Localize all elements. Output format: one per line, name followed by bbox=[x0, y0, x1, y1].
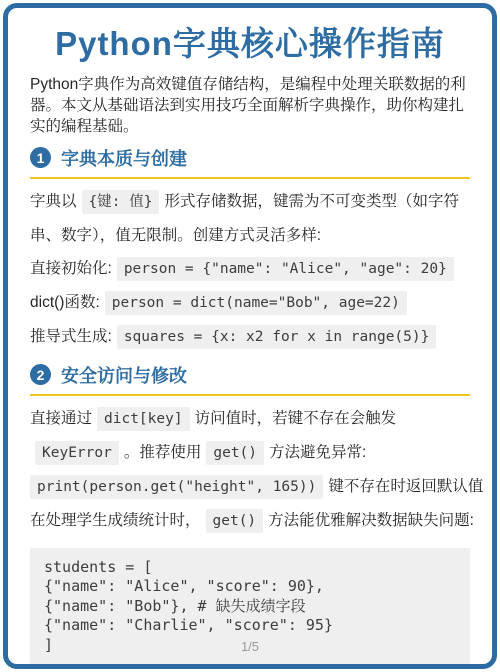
section2-title: 安全访问与修改 bbox=[61, 362, 187, 388]
inline-code-get-1: get() bbox=[206, 441, 264, 465]
code-line: students = [ bbox=[44, 558, 456, 578]
creation-line-comprehension: 推导式生成:squares = {x: x2 for x in range(5)… bbox=[30, 320, 470, 354]
creation-line-literal: 直接初始化:person = {"name": "Alice", "age": … bbox=[30, 252, 470, 286]
section2-para-text-3: 。推荐使用 bbox=[124, 444, 202, 461]
inline-code-dict-key: dict[key] bbox=[97, 407, 190, 431]
inline-code-person-literal: person = {"name": "Alice", "age": 20} bbox=[117, 257, 454, 281]
section1-title: 字典本质与创建 bbox=[61, 145, 187, 171]
code-line: {"name": "Charlie", "score": 95} bbox=[44, 616, 456, 636]
section2-para-text-2: 访问值时，若键不存在会触发 bbox=[195, 410, 397, 427]
grade-stats-text-2: 方法能优雅解决数据缺失问题: bbox=[268, 512, 474, 529]
section2-paragraph: 直接通过dict[key]访问值时，若键不存在会触发KeyError。推荐使用g… bbox=[30, 402, 470, 470]
page-frame: Python字典核心操作指南 Python字典作为高效键值存储结构，是编程中处理… bbox=[3, 3, 497, 669]
inline-code-get-2: get() bbox=[206, 509, 264, 533]
section2-header: 2 安全访问与修改 bbox=[30, 362, 470, 396]
section1-number-badge: 1 bbox=[30, 147, 51, 168]
section1-paragraph: 字典以{键: 值}形式存储数据，键需为不可变类型（如字符串、数字），值无限制。创… bbox=[30, 185, 470, 252]
section2-number-badge: 2 bbox=[30, 364, 51, 385]
grade-stats-line: 在处理学生成绩统计时，get()方法能优雅解决数据缺失问题: bbox=[30, 504, 470, 538]
print-default-line: print(person.get("height", 165))键不存在时返回默… bbox=[30, 470, 470, 504]
code-line: {"name": "Alice", "score": 90}, bbox=[44, 577, 456, 597]
print-default-line-text: 键不存在时返回默认值 bbox=[328, 478, 483, 495]
inline-code-key-value: {键: 值} bbox=[82, 190, 160, 214]
grade-stats-text-1: 在处理学生成绩统计时， bbox=[30, 512, 201, 529]
page-indicator: 1/5 bbox=[8, 639, 492, 654]
section2-para-text-1: 直接通过 bbox=[30, 410, 92, 427]
creation-line-dict-func: dict()函数:person = dict(name="Bob", age=2… bbox=[30, 286, 470, 320]
creation-line-comprehension-label: 推导式生成: bbox=[30, 328, 112, 345]
creation-line-literal-label: 直接初始化: bbox=[30, 260, 112, 277]
inline-code-keyerror: KeyError bbox=[35, 441, 119, 465]
section1-para-text-1: 字典以 bbox=[30, 193, 77, 210]
intro-paragraph: Python字典作为高效键值存储结构，是编程中处理关联数据的利器。本文从基础语法… bbox=[30, 74, 470, 137]
inline-code-person-dict: person = dict(name="Bob", age=22) bbox=[105, 291, 407, 315]
section2-para-text-4: 方法避免异常: bbox=[269, 444, 366, 461]
inline-code-squares: squares = {x: x2 for x in range(5)} bbox=[117, 325, 437, 349]
section1-header: 1 字典本质与创建 bbox=[30, 145, 470, 179]
creation-line-dict-func-label: dict()函数: bbox=[30, 294, 100, 311]
code-line: {"name": "Bob"}, # 缺失成绩字段 bbox=[44, 597, 456, 617]
page-title: Python字典核心操作指南 bbox=[30, 24, 470, 64]
inline-code-print-get: print(person.get("height", 165)) bbox=[30, 475, 323, 499]
